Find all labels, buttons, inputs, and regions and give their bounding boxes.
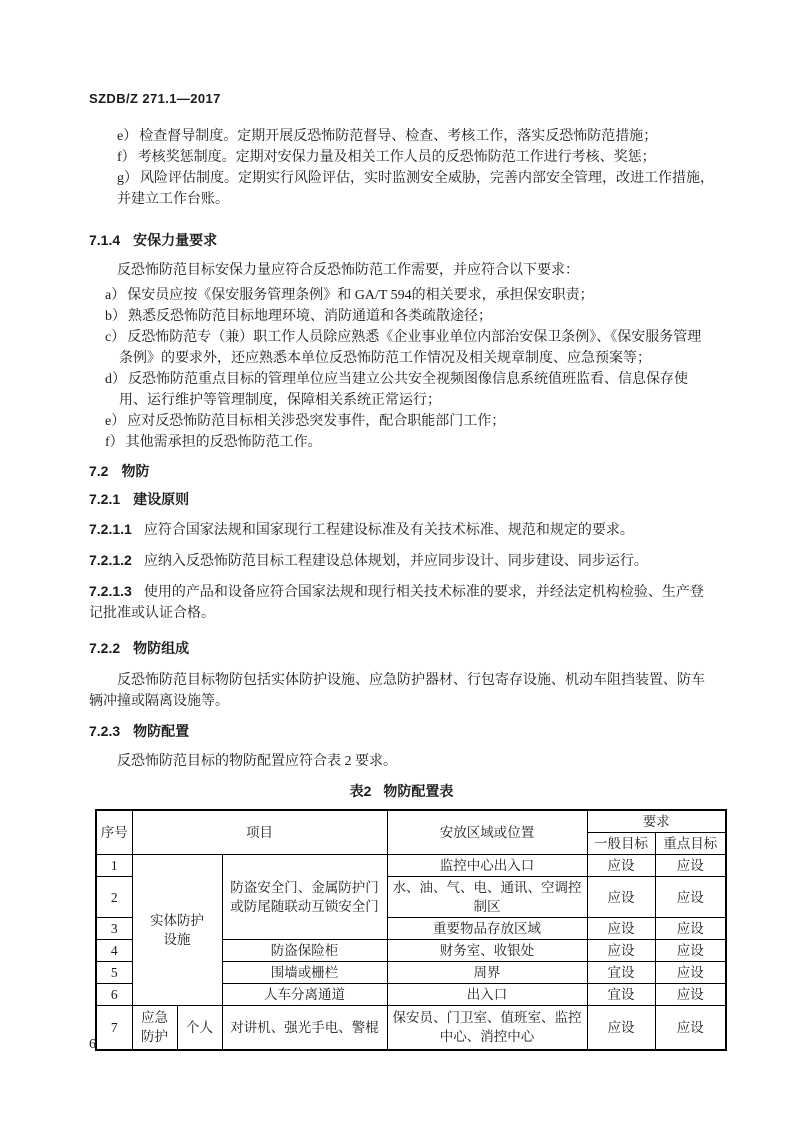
section-heading-72: 7.2物防 xyxy=(89,461,714,482)
table-row: 1 实体防护设施 防盗安全门、金属防护门或防尾随联动互锁安全门 监控中心出入口 … xyxy=(96,855,726,877)
list-item: e）检查督导制度。定期开展反恐怖防范督导、检查、考核工作，落实反恐怖防范措施； xyxy=(89,126,714,147)
col-header-seq: 序号 xyxy=(96,810,132,855)
list-item-text: 保安员应按《保安服务管理条例》和 GA/T 594的相关要求，承担保安职责； xyxy=(127,288,593,303)
cell-location: 财务室、收银处 xyxy=(387,940,587,962)
col-header-requirement: 要求 xyxy=(587,810,726,833)
cell-item: 围墙或栅栏 xyxy=(222,962,387,984)
clause-7213: 7.2.1.3使用的产品和设备应符合国家法规和现行相关技术标准的要求，并经法定机… xyxy=(89,581,714,624)
cell-item: 防盗安全门、金属防护门或防尾随联动互锁安全门 xyxy=(222,855,387,940)
cell-general: 应设 xyxy=(587,918,655,940)
clause-text: 使用的产品和设备应符合国家法规和现行相关技术标准的要求，并经法定机构检验、生产登… xyxy=(89,585,704,621)
section-723-body: 反恐怖防范目标的物防配置应符合表 2 要求。 xyxy=(89,751,714,772)
section-heading-714: 7.1.4安保力量要求 xyxy=(89,230,714,251)
section-title: 物防 xyxy=(121,463,149,479)
cell-seq: 7 xyxy=(96,1006,132,1050)
table-title: 表2物防配置表 xyxy=(89,781,714,802)
section-heading-723: 7.2.3物防配置 xyxy=(89,721,714,742)
col-header-item: 项目 xyxy=(132,810,387,855)
table-title-text: 物防配置表 xyxy=(383,783,453,799)
top-list: e）检查督导制度。定期开展反恐怖防范督导、检查、考核工作，落实反恐怖防范措施； … xyxy=(89,126,714,210)
cell-key: 应设 xyxy=(655,1006,726,1050)
cell-item: 人车分离通道 xyxy=(222,984,387,1006)
clause-7212: 7.2.1.2应纳入反恐怖防范目标工程建设总体规划，并应同步设计、同步建设、同步… xyxy=(89,550,714,572)
cell-location: 重要物品存放区域 xyxy=(387,918,587,940)
wufang-config-table: 序号 项目 安放区域或位置 要求 一般目标 重点目标 1 实体防护设施 防盗安全… xyxy=(95,809,727,1051)
clause-text: 应符合国家法规和国家现行工程建设标准及有关技术标准、规范和规定的要求。 xyxy=(144,523,634,538)
cell-key: 应设 xyxy=(655,855,726,877)
cell-item: 对讲机、强光手电、警棍 xyxy=(222,1006,387,1050)
list-item-label: f） xyxy=(117,150,136,165)
group-physical-label: 实体防护设施 xyxy=(148,911,206,949)
section-number: 7.2.1 xyxy=(89,491,120,507)
list-item-label: b） xyxy=(105,309,126,324)
list-item: f）其他需承担的反恐怖防范工作。 xyxy=(89,432,714,453)
cell-location: 监控中心出入口 xyxy=(387,855,587,877)
cell-key: 应设 xyxy=(655,940,726,962)
section-title: 物防配置 xyxy=(133,723,189,739)
list-item-text: 考核奖惩制度。定期对安保力量及相关工作人员的反恐怖防范工作进行考核、奖惩； xyxy=(138,150,656,165)
list-item: f）考核奖惩制度。定期对安保力量及相关工作人员的反恐怖防范工作进行考核、奖惩； xyxy=(89,147,714,168)
cell-group-emergency: 应急防护 xyxy=(132,1006,177,1050)
clause-number: 7.2.1.2 xyxy=(89,552,132,568)
list-item-label: a） xyxy=(105,288,125,303)
cell-general: 宜设 xyxy=(587,984,655,1006)
cell-location: 保安员、门卫室、值班室、监控中心、消控中心 xyxy=(387,1006,587,1050)
list-item-label: g） xyxy=(117,171,138,186)
list-item: b）熟悉反恐怖防范目标地理环境、消防通道和各类疏散途径； xyxy=(89,306,714,327)
cell-general: 应设 xyxy=(587,1006,655,1050)
cell-seq: 2 xyxy=(96,877,132,918)
cell-key: 应设 xyxy=(655,984,726,1006)
section-heading-721: 7.2.1建设原则 xyxy=(89,489,714,510)
section-title: 安保力量要求 xyxy=(133,232,217,248)
section-714-list: a）保安员应按《保安服务管理条例》和 GA/T 594的相关要求，承担保安职责；… xyxy=(89,285,714,453)
list-item-label: e） xyxy=(105,414,125,429)
list-item-text: 检查督导制度。定期开展反恐怖防范督导、检查、考核工作，落实反恐怖防范措施； xyxy=(139,129,657,144)
list-item: d）反恐怖防范重点目标的管理单位应当建立公共安全视频图像信息系统值班监看、信息保… xyxy=(89,369,714,411)
list-item-text: 熟悉反恐怖防范目标地理环境、消防通道和各类疏散途径； xyxy=(128,309,492,324)
list-item-label: c） xyxy=(105,330,125,345)
table-row: 7 应急防护 个人 对讲机、强光手电、警棍 保安员、门卫室、值班室、监控中心、消… xyxy=(96,1006,726,1050)
clause-7211: 7.2.1.1应符合国家法规和国家现行工程建设标准及有关技术标准、规范和规定的要… xyxy=(89,519,714,541)
table-title-label: 表2 xyxy=(350,783,372,799)
clause-number: 7.2.1.1 xyxy=(89,521,132,537)
list-item: g）风险评估制度。定期实行风险评估，实时监测安全威胁，完善内部安全管理，改进工作… xyxy=(89,168,714,210)
list-item-label: d） xyxy=(105,372,126,387)
list-item-text: 应对反恐怖防范目标相关涉恐突发事件，配合职能部门工作； xyxy=(127,414,505,429)
cell-seq: 1 xyxy=(96,855,132,877)
col-header-key-target: 重点目标 xyxy=(655,833,726,855)
cell-seq: 6 xyxy=(96,984,132,1006)
section-number: 7.2 xyxy=(89,463,108,479)
list-item: c）反恐怖防范专（兼）职工作人员除应熟悉《企业事业单位内部治安保卫条例》、《保安… xyxy=(89,327,714,369)
cell-key: 应设 xyxy=(655,962,726,984)
list-item-text: 反恐怖防范专（兼）职工作人员除应熟悉《企业事业单位内部治安保卫条例》、《保安服务… xyxy=(119,330,701,366)
page-number: 6 xyxy=(89,1034,96,1055)
section-heading-722: 7.2.2物防组成 xyxy=(89,638,714,659)
cell-location: 出入口 xyxy=(387,984,587,1006)
list-item-text: 其他需承担的反恐怖防范工作。 xyxy=(126,435,322,450)
list-item: a）保安员应按《保安服务管理条例》和 GA/T 594的相关要求，承担保安职责； xyxy=(89,285,714,306)
cell-general: 应设 xyxy=(587,940,655,962)
cell-location: 水、油、气、电、通讯、空调控制区 xyxy=(387,877,587,918)
cell-general: 宜设 xyxy=(587,962,655,984)
cell-seq: 4 xyxy=(96,940,132,962)
list-item-text: 反恐怖防范重点目标的管理单位应当建立公共安全视频图像信息系统值班监看、信息保存使… xyxy=(119,372,688,408)
document-page: SZDB/Z 271.1—2017 e）检查督导制度。定期开展反恐怖防范督导、检… xyxy=(0,0,794,1123)
section-title: 物防组成 xyxy=(133,640,189,656)
section-number: 7.2.2 xyxy=(89,640,120,656)
cell-location: 周界 xyxy=(387,962,587,984)
section-number: 7.2.3 xyxy=(89,723,120,739)
section-title: 建设原则 xyxy=(133,491,189,507)
list-item-label: f） xyxy=(105,435,124,450)
cell-item: 防盗保险柜 xyxy=(222,940,387,962)
clause-number: 7.2.1.3 xyxy=(89,583,132,599)
cell-group-physical: 实体防护设施 xyxy=(132,855,222,1006)
cell-general: 应设 xyxy=(587,855,655,877)
section-number: 7.1.4 xyxy=(89,232,120,248)
cell-key: 应设 xyxy=(655,918,726,940)
list-item: e）应对反恐怖防范目标相关涉恐突发事件，配合职能部门工作； xyxy=(89,411,714,432)
doc-header: SZDB/Z 271.1—2017 xyxy=(89,88,714,109)
list-item-label: e） xyxy=(117,129,137,144)
cell-seq: 3 xyxy=(96,918,132,940)
cell-seq: 5 xyxy=(96,962,132,984)
list-item-text: 风险评估制度。定期实行风险评估，实时监测安全威胁，完善内部安全管理，改进工作措施… xyxy=(117,171,714,207)
section-714-intro: 反恐怖防范目标安保力量应符合反恐怖防范工作需要，并应符合以下要求： xyxy=(89,260,714,281)
col-header-location: 安放区域或位置 xyxy=(387,810,587,855)
section-722-body: 反恐怖防范目标物防包括实体防护设施、应急防护器材、行包寄存设施、机动车阻挡装置、… xyxy=(89,670,714,712)
group-emergency-label: 应急防护 xyxy=(135,1008,175,1046)
clause-text: 应纳入反恐怖防范目标工程建设总体规划，并应同步设计、同步建设、同步运行。 xyxy=(144,554,648,569)
cell-group-personal: 个人 xyxy=(177,1006,222,1050)
cell-general: 应设 xyxy=(587,877,655,918)
cell-key: 应设 xyxy=(655,877,726,918)
col-header-general-target: 一般目标 xyxy=(587,833,655,855)
